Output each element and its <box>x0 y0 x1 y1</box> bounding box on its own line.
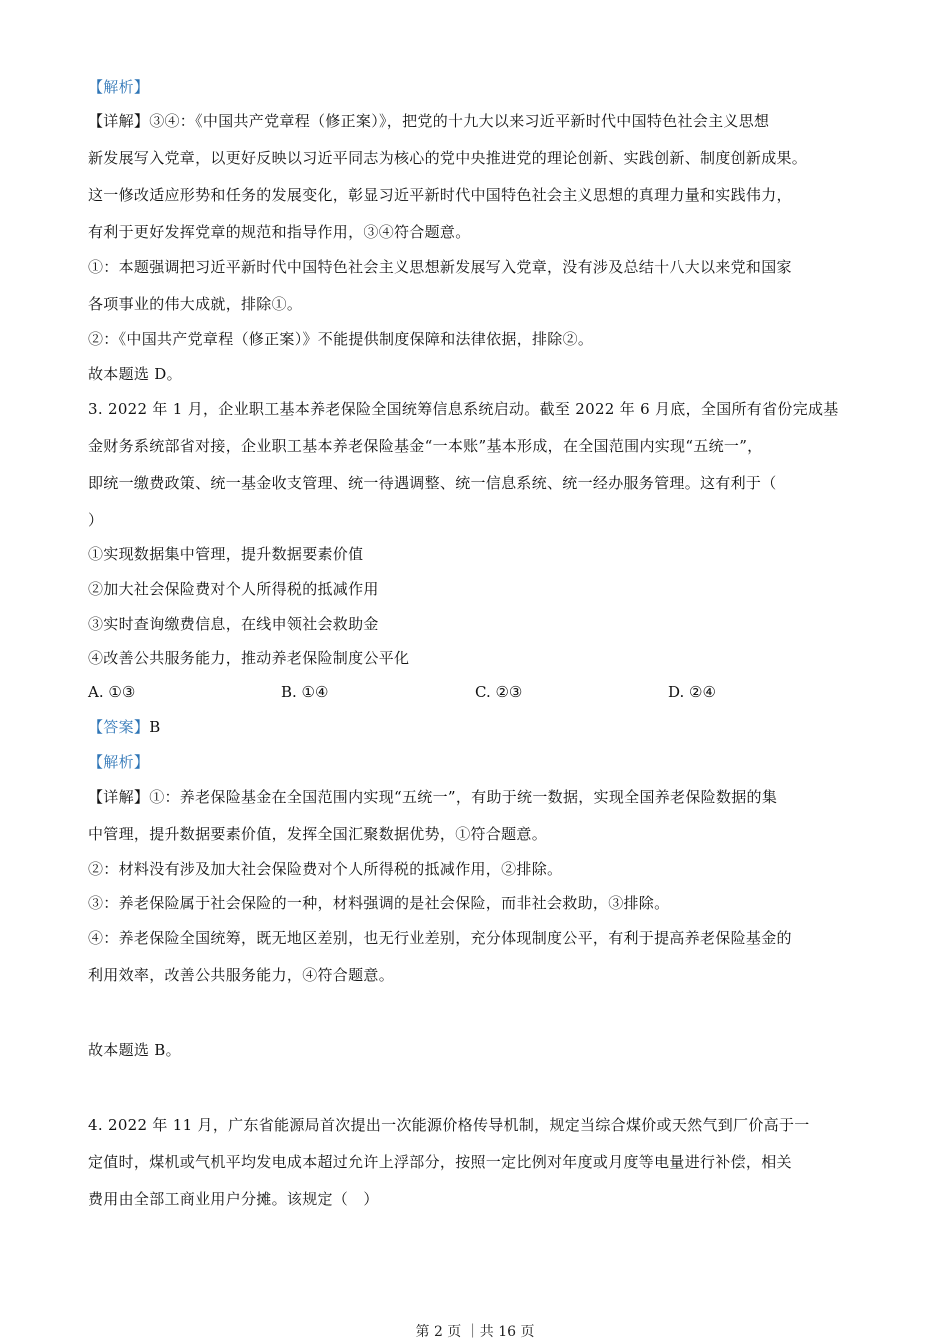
detail-paragraph-line: 新发展写入党章，以更好反映以习近平同志为核心的党中央推进党的理论创新、实践创新、… <box>88 148 807 168</box>
question-stem-line: ） <box>88 510 103 530</box>
detail-paragraph-line: 有利于更好发挥党章的规范和指导作用，③④符合题意。 <box>88 222 471 242</box>
detail-paragraph-line: 中管理，提升数据要素价值，发挥全国汇聚数据优势，①符合题意。 <box>88 824 547 844</box>
detail-paragraph-line: 【详解】③④：《中国共产党章程（修正案）》，把党的十九大以来习近平新时代中国特色… <box>88 111 769 131</box>
detail-label: 【详解】 <box>88 112 149 130</box>
conclusion-line: 故本题选 B。 <box>88 1040 181 1060</box>
option-d: D. ②④ <box>668 682 716 702</box>
detail-paragraph-line: ③：养老保险属于社会保险的一种，材料强调的是社会保险，而非社会救助，③排除。 <box>88 893 669 913</box>
statement-3: ③实时查询缴费信息，在线申领社会救助金 <box>88 614 379 634</box>
statement-1: ①实现数据集中管理，提升数据要素价值 <box>88 544 363 564</box>
detail-paragraph-line: ②：材料没有涉及加大社会保险费对个人所得税的抵减作用，②排除。 <box>88 859 562 879</box>
question-stem-line: 3. 2022 年 1 月，企业职工基本养老保险全国统筹信息系统启动。截至 20… <box>88 399 839 419</box>
detail-label: 【详解】 <box>88 788 149 806</box>
detail-paragraph-line: 这一修改适应形势和任务的发展变化，彰显习近平新时代中国特色社会主义思想的真理力量… <box>88 185 792 205</box>
detail-paragraph-line: 利用效率，改善公共服务能力，④符合题意。 <box>88 965 394 985</box>
question-stem-line: 4. 2022 年 11 月，广东省能源局首次提出一次能源价格传导机制，规定当综… <box>88 1115 810 1135</box>
conclusion-line: 故本题选 D。 <box>88 364 182 384</box>
question-stem-line: 即统一缴费政策、统一基金收支管理、统一待遇调整、统一信息系统、统一经办服务管理。… <box>88 473 777 493</box>
answer-value: B <box>149 718 160 736</box>
analysis-label: 【解析】 <box>88 77 149 97</box>
question-stem-line: 定值时，煤机或气机平均发电成本超过允许上浮部分，按照一定比例对年度或月度等电量进… <box>88 1152 792 1172</box>
detail-paragraph-line: ④：养老保险全国统筹，既无地区差别，也无行业差别，充分体现制度公平，有利于提高养… <box>88 928 792 948</box>
statement-2: ②加大社会保险费对个人所得税的抵减作用 <box>88 579 379 599</box>
question-stem-line: 金财务系统部省对接，企业职工基本养老保险基金“一本账”基本形成，在全国范围内实现… <box>88 436 762 456</box>
option-a: A. ①③ <box>88 682 135 702</box>
statement-4: ④改善公共服务能力，推动养老保险制度公平化 <box>88 648 409 668</box>
answer-label: 【答案】 <box>88 718 149 736</box>
question-stem-line: 费用由全部工商业用户分摊。该规定（ ） <box>88 1189 379 1209</box>
answer-line: 【答案】B <box>88 717 161 737</box>
analysis-label: 【解析】 <box>88 752 149 772</box>
page-number: 第 2 页 ｜共 16 页 <box>0 1323 950 1341</box>
detail-paragraph-line: 各项事业的伟大成就，排除①。 <box>88 294 302 314</box>
option-c: C. ②③ <box>475 682 522 702</box>
option-b: B. ①④ <box>281 682 328 702</box>
detail-paragraph-line: ②：《中国共产党章程（修正案）》不能提供制度保障和法律依据，排除②。 <box>88 329 593 349</box>
detail-paragraph-line: ①：本题强调把习近平新时代中国特色社会主义思想新发展写入党章，没有涉及总结十八大… <box>88 257 792 277</box>
detail-paragraph-line: 【详解】①：养老保险基金在全国范围内实现“五统一”，有助于统一数据，实现全国养老… <box>88 787 777 807</box>
